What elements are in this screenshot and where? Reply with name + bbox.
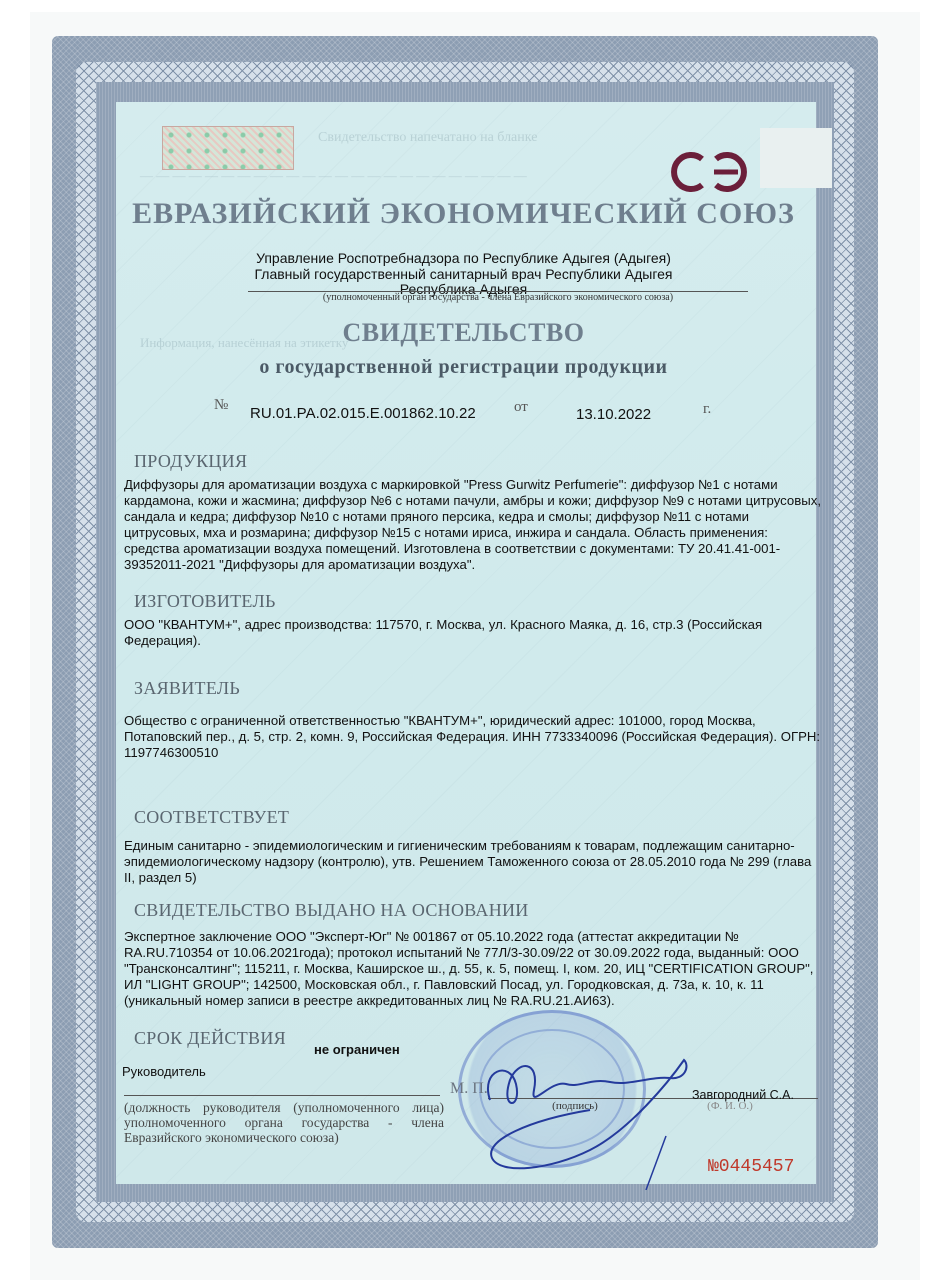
position-caption: (должность руководителя (уполномоченного…: [124, 1100, 444, 1145]
date-label: от: [514, 399, 528, 416]
authority-caption: (уполномоченный орган государства - член…: [248, 292, 748, 303]
show-through-text: Свидетельство напечатано на бланке: [318, 130, 537, 146]
certificate-subtitle: о государственной регистрации продукции: [0, 356, 927, 379]
authority-line-2: Главный государственный санитарный врач …: [0, 266, 927, 282]
blank-patch: [760, 128, 832, 188]
year-suffix: г.: [703, 401, 711, 418]
number-label: №: [214, 397, 228, 414]
section-heading-product: ПРОДУКЦИЯ: [134, 451, 247, 472]
registration-date: 13.10.2022: [576, 406, 651, 423]
ce-logo-icon: [664, 147, 754, 197]
certificate-title: СВИДЕТЕЛЬСТВО: [0, 318, 927, 348]
validity-value: не ограничен: [314, 1042, 400, 1057]
basis-text: Экспертное заключение ООО "Эксперт-Юг" №…: [124, 929, 824, 1009]
union-title: ЕВРАЗИЙСКИЙ ЭКОНОМИЧЕСКИЙ СОЮЗ: [0, 197, 927, 231]
manufacturer-text: ООО "КВАНТУМ+", адрес производства: 1175…: [124, 617, 824, 649]
conforms-text: Единым санитарно - эпидемиологическим и …: [124, 838, 824, 886]
section-heading-applicant: ЗАЯВИТЕЛЬ: [134, 678, 240, 699]
handwritten-signature: [470, 1040, 710, 1190]
authority-line-1: Управление Роспотребнадзора по Республик…: [0, 250, 927, 266]
product-description: Диффузоры для ароматизации воздуха с мар…: [124, 477, 824, 573]
signatory-position: Руководитель: [122, 1064, 206, 1079]
section-heading-manufacturer: ИЗГОТОВИТЕЛЬ: [134, 591, 276, 612]
position-underline: [124, 1095, 440, 1096]
registration-number: RU.01.PA.02.015.E.001862.10.22: [250, 405, 476, 422]
blank-serial-number: №0445457: [708, 1157, 794, 1177]
show-through-text: — — — — — — — — — — — — — — — — — — — — …: [140, 168, 527, 184]
section-heading-conforms: СООТВЕТСТВУЕТ: [134, 807, 289, 828]
hologram-sticker: [162, 126, 294, 170]
section-heading-validity: СРОК ДЕЙСТВИЯ: [134, 1028, 286, 1049]
applicant-text: Общество с ограниченной ответственностью…: [124, 713, 824, 761]
certificate-page: Свидетельство напечатано на бланке — — —…: [0, 0, 927, 1280]
section-heading-basis: СВИДЕТЕЛЬСТВО ВЫДАНО НА ОСНОВАНИИ: [134, 900, 529, 921]
